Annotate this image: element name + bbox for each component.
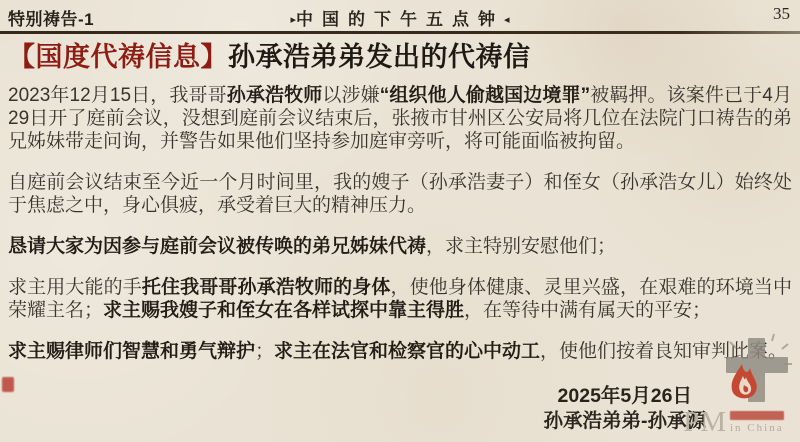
logo-subtext: in China [730, 422, 784, 434]
prayer-slide: 特别祷告-1 ▸中国的下午五点钟◂ 35 【国度代祷信息】孙承浩弟弟发出的代祷信… [0, 0, 800, 442]
paragraph: 求主用大能的手托住我哥哥孙承浩牧师的身体，使他身体健康、灵里兴盛，在艰难的环境当… [8, 276, 792, 322]
text-segment: 以涉嫌 [322, 85, 379, 106]
page-number: 35 [773, 4, 790, 24]
text-segment: 恳请大家为因参与庭前会议被传唤的弟兄姊妹代祷 [8, 236, 426, 257]
series-title-text: 中国的下午五点钟 [296, 10, 504, 29]
red-watermark [2, 377, 14, 392]
text-segment: 孙承浩牧师 [227, 85, 323, 106]
text-segment: 求主赐我嫂子和侄女在各样试探中靠主得胜 [103, 300, 464, 321]
page-title: 【国度代祷信息】孙承浩弟弟发出的代祷信 [8, 41, 531, 73]
text-segment: 托住我哥哥孙承浩牧师的身体 [142, 277, 391, 298]
header-divider [0, 31, 800, 34]
title-text: 孙承浩弟弟发出的代祷信 [228, 42, 531, 72]
letter-signature: 孙承浩弟弟-孙承源 [544, 409, 707, 434]
paragraph: 自庭前会议结束至今近一个月时间里，我的嫂子（孙承浩妻子）和侄女（孙承浩女儿）始终… [8, 171, 792, 217]
header-series-title: ▸中国的下午五点钟◂ [0, 5, 800, 30]
text-segment: ，使他们按着良知审判此案。 [540, 341, 787, 362]
signature-block: 2025年5月26日 孙承浩弟弟-孙承源 [544, 384, 707, 434]
body-paragraphs: 2023年12月15日，我哥哥孙承浩牧师以涉嫌“组织他人偷越国边境罪”被羁押。该… [8, 84, 792, 381]
slide-header: 特别祷告-1 ▸中国的下午五点钟◂ 35 [0, 0, 800, 32]
text-segment: ； [255, 341, 274, 362]
text-segment: 求主在法官和检察官的心中动工 [274, 341, 540, 362]
text-segment: 2023年12月15日，我哥哥 [8, 85, 227, 106]
text-segment: ，在等待中满有属天的平安； [464, 300, 711, 321]
paragraph: 求主赐律师们智慧和勇气辩护；求主在法官和检察官的心中动工，使他们按着良知审判此案… [8, 340, 792, 363]
paragraph: 2023年12月15日，我哥哥孙承浩牧师以涉嫌“组织他人偷越国边境罪”被羁押。该… [8, 84, 792, 153]
text-segment: 自庭前会议结束至今近一个月时间里，我的嫂子（孙承浩妻子）和侄女（孙承浩女儿）始终… [8, 172, 792, 216]
letter-date: 2025年5月26日 [544, 384, 707, 409]
text-segment: 求主用大能的手 [8, 277, 142, 298]
text-segment: ，求主特别安慰他们； [426, 236, 616, 257]
logo-red-seal [730, 411, 784, 420]
text-segment: 求主赐律师们智慧和勇气辩护 [8, 341, 255, 362]
paragraph: 恳请大家为因参与庭前会议被传唤的弟兄姊妹代祷，求主特别安慰他们； [8, 235, 792, 258]
left-triangle-icon: ◂ [504, 14, 510, 26]
text-segment: “组织他人偷越国边境罪” [380, 85, 590, 106]
title-category-tag: 【国度代祷信息】 [8, 42, 228, 72]
